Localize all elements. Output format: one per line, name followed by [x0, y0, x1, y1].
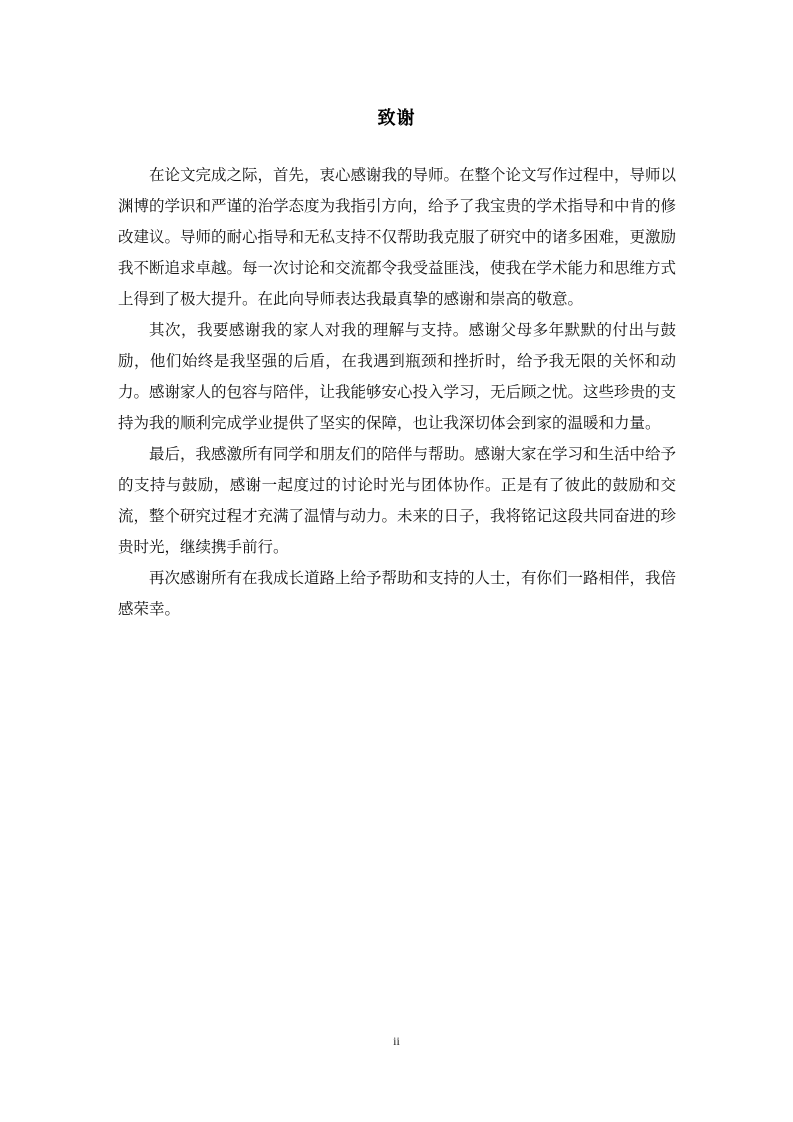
paragraph-closing: 再次感谢所有在我成长道路上给予帮助和支持的人士，有你们一路相伴，我倍感荣幸。	[118, 563, 676, 625]
page-number: ii	[0, 1034, 793, 1049]
paragraph-advisor: 在论文完成之际，首先，衷心感谢我的导师。在整个论文写作过程中，导师以渊博的学识和…	[118, 160, 676, 315]
page-title: 致谢	[0, 104, 793, 130]
acknowledgement-body: 在论文完成之际，首先，衷心感谢我的导师。在整个论文写作过程中，导师以渊博的学识和…	[118, 160, 676, 625]
paragraph-family: 其次，我要感谢我的家人对我的理解与支持。感谢父母多年默默的付出与鼓励，他们始终是…	[118, 315, 676, 439]
document-page: 致谢 在论文完成之际，首先，衷心感谢我的导师。在整个论文写作过程中，导师以渊博的…	[0, 0, 793, 1122]
paragraph-friends: 最后，我感激所有同学和朋友们的陪伴与帮助。感谢大家在学习和生活中给予的支持与鼓励…	[118, 439, 676, 563]
